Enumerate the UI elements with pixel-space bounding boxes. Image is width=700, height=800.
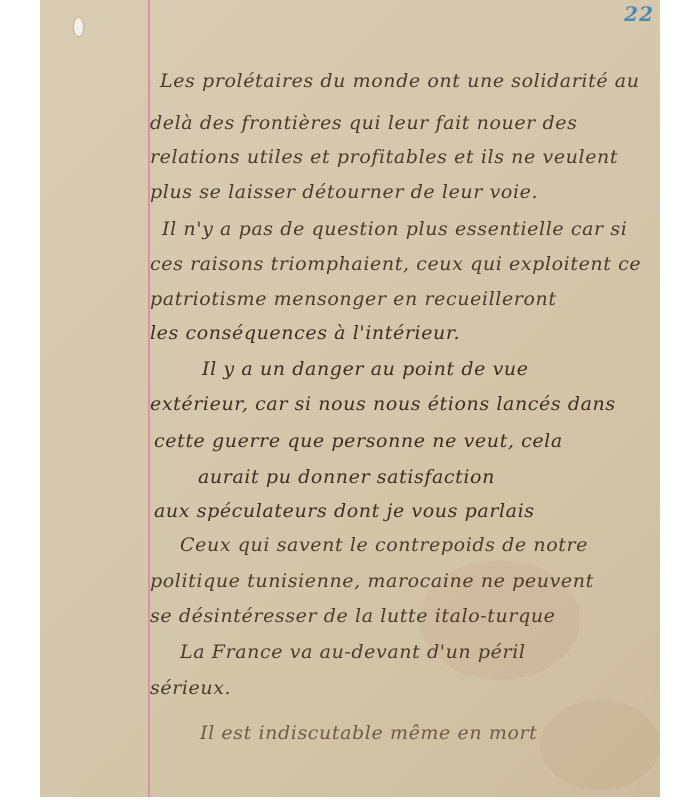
manuscript-page: 22 Les prolétaires du monde ont une soli…: [40, 0, 660, 797]
text-line: Il n'y a pas de question plus essentiell…: [162, 218, 627, 240]
text-line: Ceux qui savent le contrepoids de notre: [180, 534, 588, 556]
text-line: relations utiles et profitables et ils n…: [150, 146, 618, 168]
text-line: politique tunisienne, marocaine ne peuve…: [150, 570, 594, 592]
text-line: Les prolétaires du monde ont une solidar…: [160, 70, 640, 92]
text-line: se désintéresser de la lutte italo-turqu…: [150, 605, 556, 627]
text-line: delà des frontières qui leur fait nouer …: [150, 112, 577, 134]
text-line: cette guerre que personne ne veut, cela: [154, 430, 563, 452]
text-line: plus se laisser détourner de leur voie.: [150, 181, 538, 203]
text-line: Il est indiscutable même en mort: [200, 722, 537, 744]
text-line: aux spéculateurs dont je vous parlais: [154, 500, 535, 522]
text-line: Il y a un danger au point de vue: [202, 358, 529, 380]
punch-hole: [74, 18, 83, 36]
text-line: patriotisme mensonger en recueilleront: [150, 288, 557, 310]
text-line: aurait pu donner satisfaction: [198, 466, 495, 488]
text-line: extérieur, car si nous nous étions lancé…: [150, 393, 616, 415]
text-line: les conséquences à l'intérieur.: [150, 322, 460, 344]
text-line: ces raisons triomphaient, ceux qui explo…: [150, 253, 641, 275]
text-line: La France va au-devant d'un péril: [180, 641, 526, 663]
paper-stain: [540, 700, 660, 790]
folio-number: 22: [624, 2, 654, 26]
text-line: sérieux.: [150, 677, 231, 699]
